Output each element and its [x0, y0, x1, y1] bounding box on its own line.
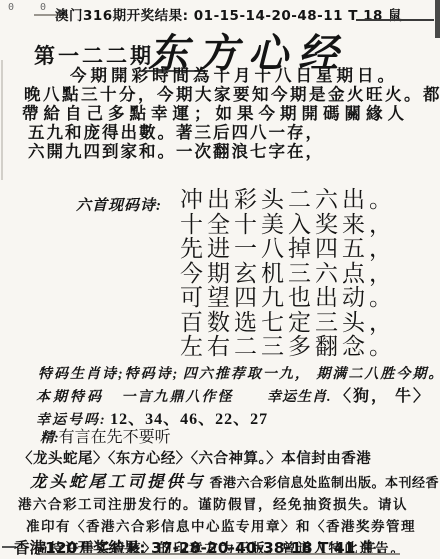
poem-line: 今期玄机三六点， — [180, 262, 396, 287]
books-line: 〈龙头蛇尾〉〈东方心经〉〈六合神算。〉本信封由香港 — [0, 449, 440, 470]
provider-detail: 香港六合彩信息处监制出版。本刊经香 — [210, 475, 440, 490]
special-code-section: 特码生肖诗;特码诗; 四六推荐取一九， 期满二八胜今期。 本期特码 一言九鼎八作… — [0, 365, 440, 431]
corner-artifact-text: 0 0 — [8, 2, 56, 13]
poem-line: 百数选七定三头， — [180, 311, 396, 336]
shengxiao-poem-label: 特码生肖诗;特码诗; — [38, 367, 179, 382]
poem-line: 十全十美入奖来， — [180, 213, 396, 238]
jing-text: 有言在先不要听 — [59, 429, 171, 446]
provider-line: 龙头蛇尾工司提供与 香港六合彩信息处监制出版。本刊经香 — [0, 470, 440, 494]
header-underline — [356, 19, 434, 21]
intro-line: 晚八點三十分，今期大家要知今期是金火旺火。都可 — [0, 85, 440, 104]
lucky-numbers-value: 12、34、46、22、27 — [110, 411, 268, 428]
poem-line: 先进一八掉四五， — [180, 237, 396, 262]
code-poem-section: 六首现码诗: 冲出彩头二六出。 十全十美入奖来， 先进一八掉四五， 今期玄机三六… — [0, 188, 440, 360]
intro-line: 帶給自己多點幸運；如果今期開碼關緣人 — [0, 104, 440, 123]
jing-line: 精:有言在先不要听 — [0, 428, 440, 449]
lucky-shengxiao-value: 〈狗， 牛〉 — [335, 388, 431, 405]
shengxiao-poem-phrase: 四六推荐取一九， 期满二八胜今期。 — [183, 367, 440, 382]
lucky-shengxiao-label: 幸运生肖. — [267, 390, 332, 405]
provider-name: 龙头蛇尾工司提供与 — [30, 472, 206, 491]
tema-label: 本期特码 — [36, 390, 104, 405]
footer-underline — [40, 553, 400, 555]
macau-result-line: 澳门316期开奖结果: 01-15-14-20-48-11 T 18 鼠 — [55, 4, 402, 24]
hongkong-result-line: 香港120开奖结果: 37-28-20-40-38-18 T 41 牛. — [0, 536, 440, 558]
shengxiao-poem-line: 特码生肖诗;特码诗; 四六推荐取一九， 期满二八胜今期。 — [0, 365, 440, 385]
lucky-numbers-label: 幸运号吗: — [36, 413, 107, 428]
jing-prefix: 精: — [40, 431, 59, 446]
poem-line: 可望四九也出动。 — [180, 286, 396, 311]
poem-label: 六首现码诗: — [0, 188, 180, 360]
poem-lines: 冲出彩头二六出。 十全十美入奖来， 先进一八掉四五， 今期玄机三六点， 可望四九… — [180, 188, 396, 360]
notice-line: 准印有〈香港六合彩信息中心监专用章〉和〈香港奖券管理 — [0, 516, 440, 538]
tema-line: 本期特码 一言九鼎八作怪 幸运生肖. 〈狗， 牛〉 — [0, 385, 440, 408]
poem-line: 左右二三多翻念。 — [180, 335, 396, 360]
intro-paragraph: 今期開彩時間為十月十八日星期日。 晚八點三十分，今期大家要知今期是金火旺火。都可… — [0, 66, 440, 161]
intro-line: 五九和庞得出數。著三后四八一存， — [0, 123, 440, 142]
poem-line: 冲出彩头二六出。 — [180, 188, 396, 213]
tema-phrase: 一言九鼎八作怪 — [122, 390, 234, 405]
intro-line: 六開九四到家和。一次翻浪七字在， — [0, 142, 440, 161]
lottery-tip-sheet-page: 0 0 澳门316期开奖结果: 01-15-14-20-48-11 T 18 鼠… — [0, 0, 440, 559]
notice-line: 港六合彩工司注册发行的。谨防假冒，经免抽资损失。请认 — [0, 494, 440, 516]
intro-line: 今期開彩時間為十月十八日星期日。 — [0, 66, 440, 85]
